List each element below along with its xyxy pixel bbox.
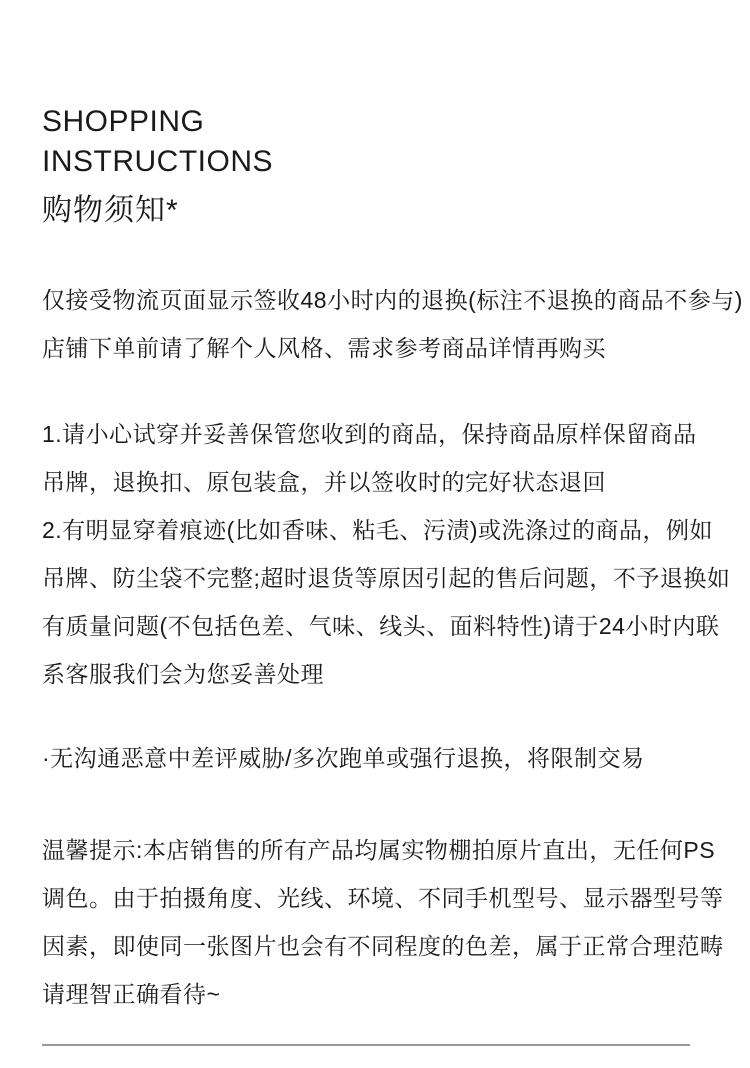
notice-line-4: 请理智正确看待~ xyxy=(42,970,708,1018)
page-header: SHOPPING INSTRUCTIONS 购物须知* xyxy=(42,102,708,232)
section-divider xyxy=(42,1044,690,1046)
rule-line-2: 吊牌，退换扣、原包装盒，并以签收时的完好状态退回 xyxy=(42,458,708,506)
warning-section: ·无沟通恶意中差评威胁/多次跑单或强行退换，将限制交易 xyxy=(42,734,708,782)
notice-line-2: 调色。由于拍摄角度、光线、环境、不同手机型号、显示器型号等 xyxy=(42,874,708,922)
intro-section: 仅接受物流页面显示签收48小时内的退换(标注不退换的商品不参与) 店铺下单前请了… xyxy=(42,276,708,372)
friendly-notice-section: 温馨提示:本店销售的所有产品均属实物棚拍原片直出，无任何PS 调色。由于拍摄角度… xyxy=(42,826,708,1018)
page-title-zh: 购物须知* xyxy=(42,190,708,232)
title-line-1: SHOPPING xyxy=(42,102,708,142)
rule-line-3: 2.有明显穿着痕迹(比如香味、粘毛、污渍)或洗涤过的商品，例如 xyxy=(42,506,708,554)
rule-line-5: 有质量问题(不包括色差、气味、线头、面料特性)请于24小时内联 xyxy=(42,602,708,650)
return-rules-section: 1.请小心试穿并妥善保管您收到的商品，保持商品原样保留商品 吊牌，退换扣、原包装… xyxy=(42,410,708,698)
intro-line-2: 店铺下单前请了解个人风格、需求参考商品详情再购买 xyxy=(42,324,708,372)
notice-line-3: 因素，即使同一张图片也会有不同程度的色差，属于正常合理范畴 xyxy=(42,922,708,970)
intro-line-1: 仅接受物流页面显示签收48小时内的退换(标注不退换的商品不参与) xyxy=(42,276,708,324)
rule-line-6: 系客服我们会为您妥善处理 xyxy=(42,650,708,698)
notice-line-1: 温馨提示:本店销售的所有产品均属实物棚拍原片直出，无任何PS xyxy=(42,826,708,874)
page-title-en: SHOPPING INSTRUCTIONS xyxy=(42,102,708,182)
rule-line-4: 吊牌、防尘袋不完整;超时退货等原因引起的售后问题，不予退换如 xyxy=(42,554,708,602)
rule-line-1: 1.请小心试穿并妥善保管您收到的商品，保持商品原样保留商品 xyxy=(42,410,708,458)
title-line-2: INSTRUCTIONS xyxy=(42,142,708,182)
shopping-instructions-page: SHOPPING INSTRUCTIONS 购物须知* 仅接受物流页面显示签收4… xyxy=(0,0,750,1068)
warning-line: ·无沟通恶意中差评威胁/多次跑单或强行退换，将限制交易 xyxy=(42,734,708,782)
